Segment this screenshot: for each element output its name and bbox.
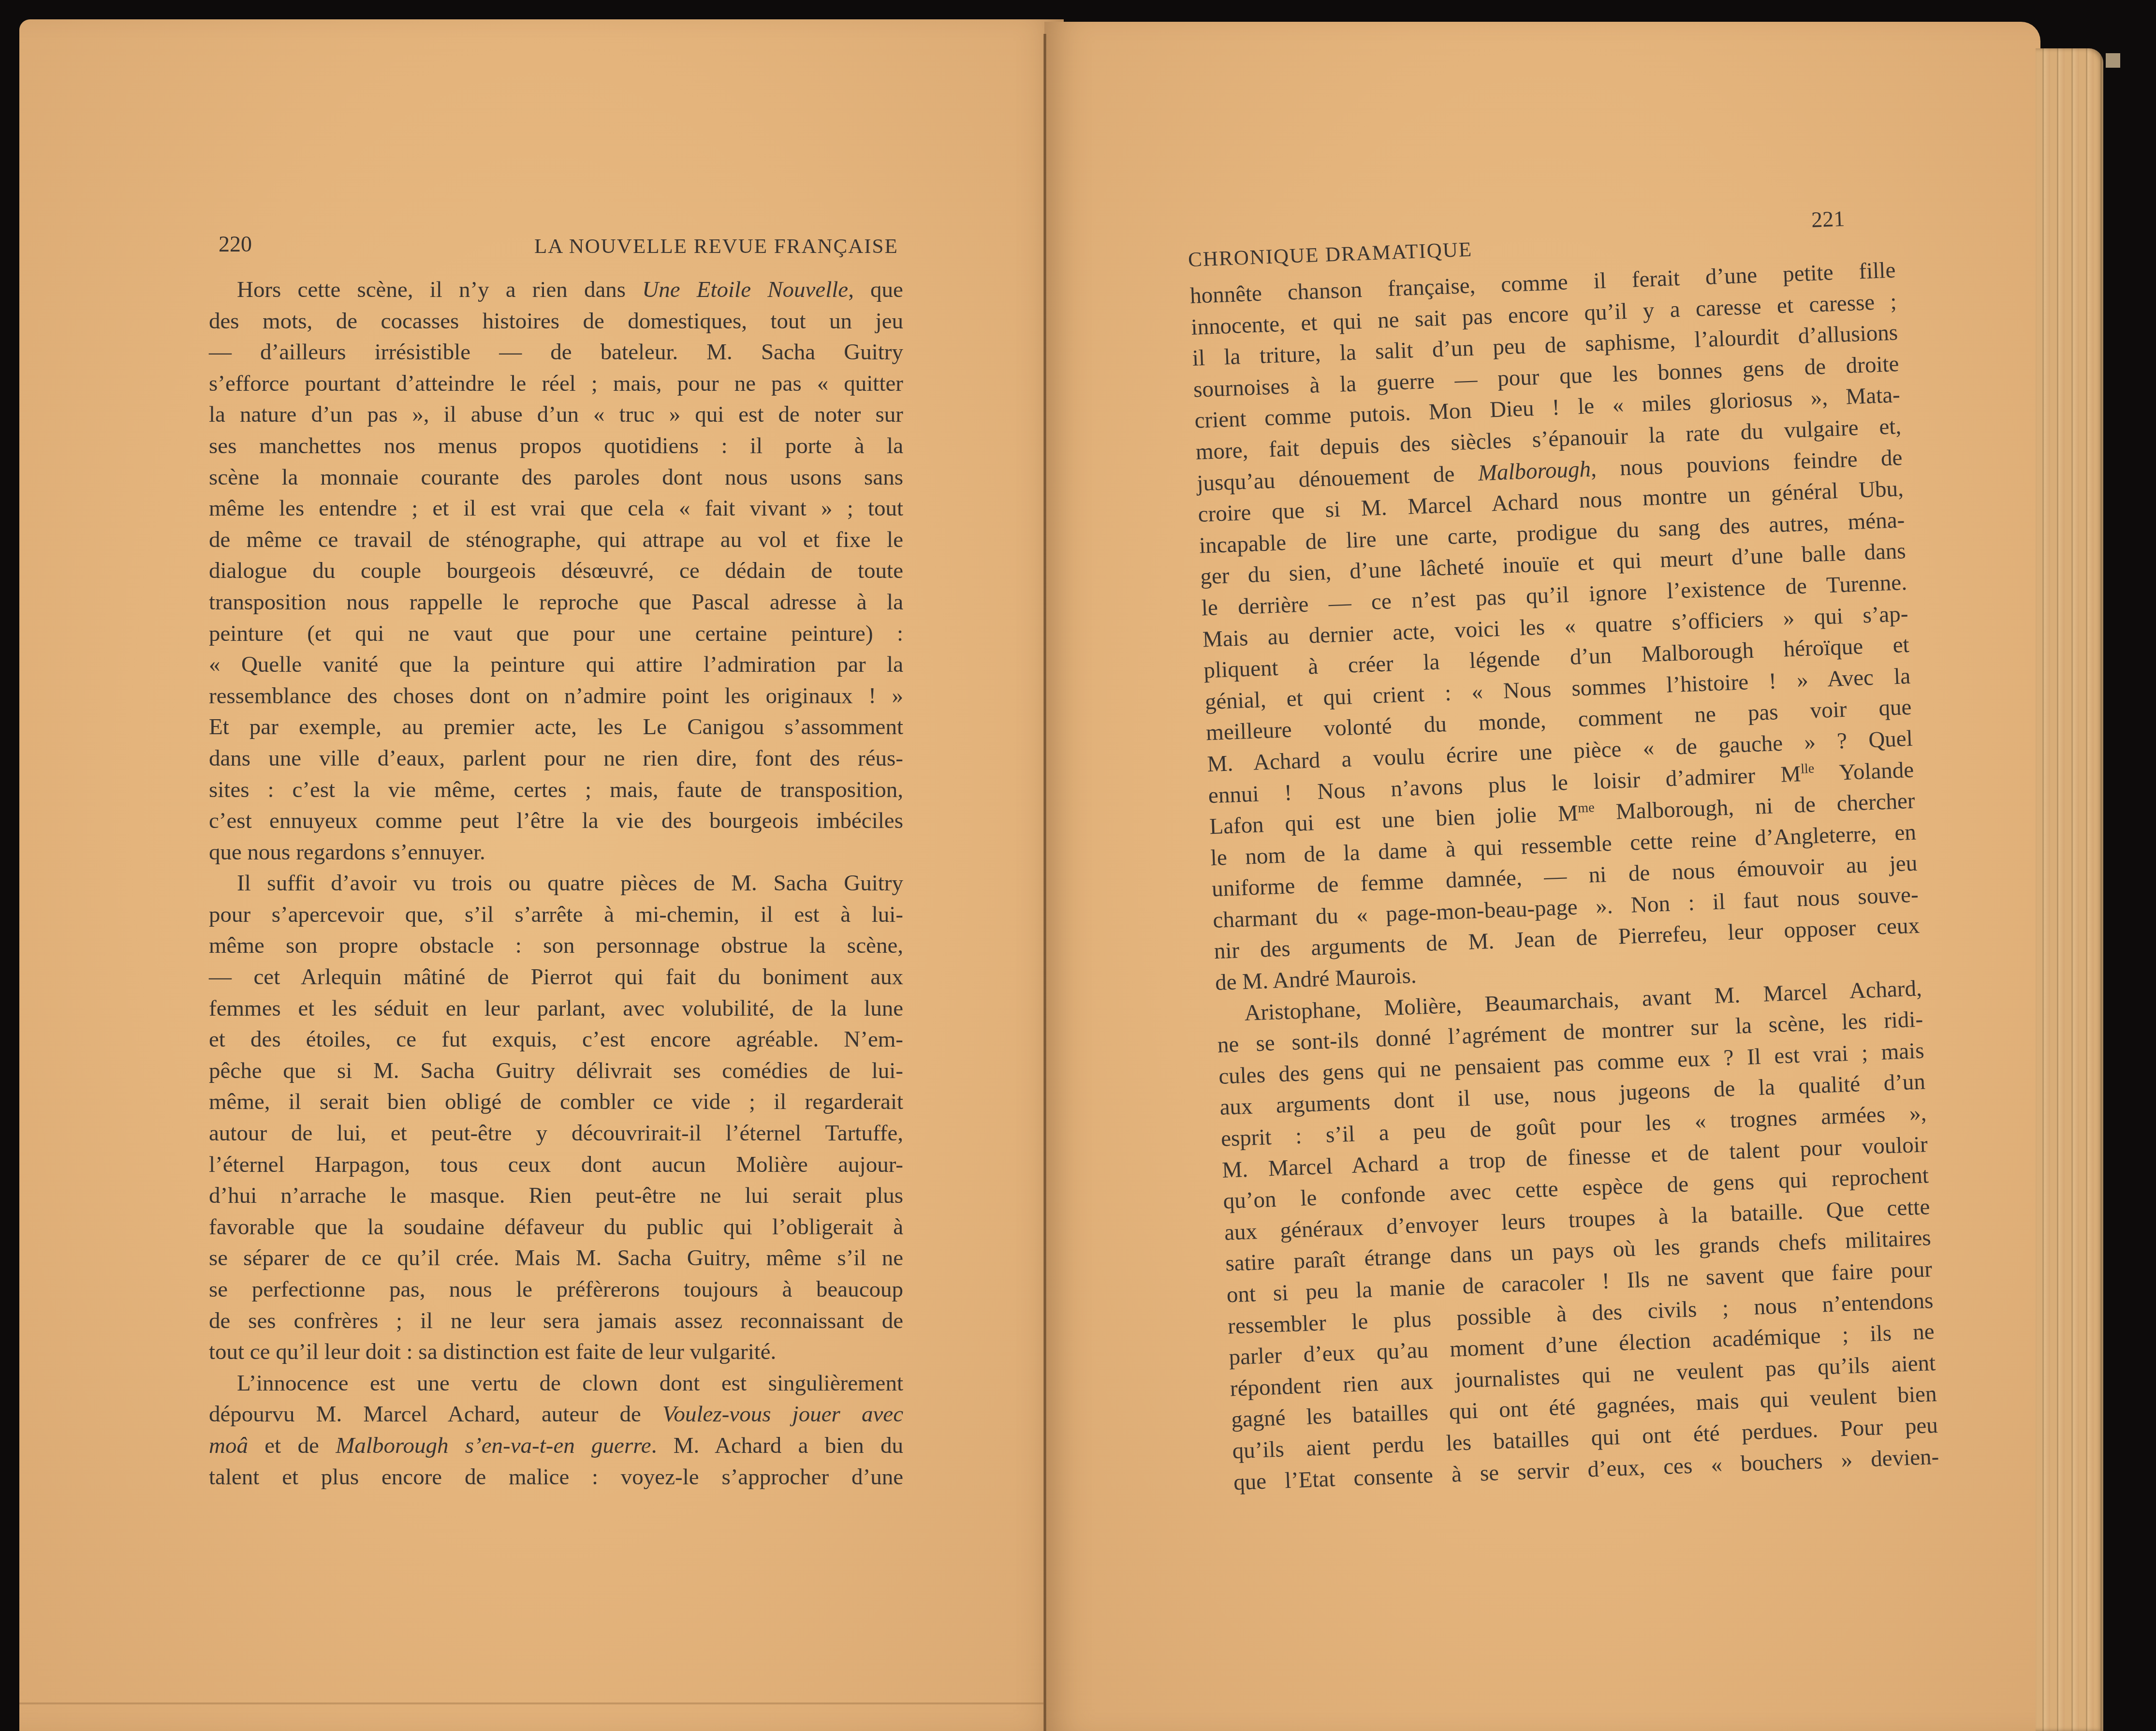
text-line: Il suffit d’avoir vu trois ou quatre piè… [209,868,903,899]
text-line: peinture (et qui ne vaut que pour une ce… [209,618,903,650]
text-line: pêche que si M. Sacha Guitry délivrait s… [209,1055,903,1087]
text-line: même les entendre ; et il est vrai que c… [209,493,903,524]
text-line: — cet Arlequin mâtiné de Pierrot qui fai… [209,962,903,993]
text-line: dialogue du couple bourgeois désœuvré, c… [209,555,903,587]
text-line: même son propre obstacle : son personnag… [209,930,903,962]
text-line: transposition nous rappelle le reproche … [209,587,903,618]
text-line: dépourvu M. Marcel Achard, auteur de Vou… [209,1399,903,1430]
text-line: de même ce travail de sténographe, qui a… [209,524,903,556]
page-number-right: 221 [1811,206,1845,232]
text-line: — d’ailleurs irrésistible — de bateleur.… [209,337,903,368]
right-page-text: honnête chanson française, comme il fera… [1189,255,1939,1498]
text-line: même, il serait bien obligé de combler c… [209,1086,903,1118]
text-line: d’hui n’arrache le masque. Rien peut-êtr… [209,1180,903,1212]
text-line: ressemblance des choses dont on n’admire… [209,681,903,712]
text-line: que nous regardons s’ennuyer. [209,837,903,868]
text-line: de ses confrères ; il ne leur sera jamai… [209,1305,903,1337]
text-line: se perfectionne pas, nous le préfèrerons… [209,1274,903,1305]
text-line: « Quelle vanité que la peinture qui atti… [209,649,903,681]
text-line: et des étoiles, ce fut exquis, c’est enc… [209,1024,903,1055]
text-line: moâ et de Malborough s’en-va-t-en guerre… [209,1430,903,1462]
left-page-text: Hors cette scène, il n’y a rien dans Une… [209,274,903,1493]
text-line: dans une ville d’eaux, parlent pour ne r… [209,743,903,774]
text-line: la nature d’un pas », il abuse d’un « tr… [209,399,903,430]
text-line: talent et plus encore de malice : voyez-… [209,1462,903,1493]
text-line: des mots, de cocasses histoires de domes… [209,306,903,337]
text-line: Hors cette scène, il n’y a rien dans Une… [209,274,903,306]
page-block-edges [2036,48,2103,1731]
running-head-left: LA NOUVELLE REVUE FRANÇAISE [534,235,898,258]
text-line: femmes et les séduit en leur parlant, av… [209,993,903,1024]
page-fold-line [19,1702,1044,1704]
text-line: sites : c’est la vie même, certes ; mais… [209,774,903,806]
book-gutter [1043,34,1046,1731]
text-line: favorable que la soudaine défaveur du pu… [209,1212,903,1243]
text-line: L’innocence est une vertu de clown dont … [209,1368,903,1399]
page-number-left: 220 [219,231,252,257]
text-line: Et par exemple, au premier acte, les Le … [209,711,903,743]
text-line: autour de lui, et peut-être y découvrira… [209,1118,903,1149]
text-line: tout ce qu’il leur doit : sa distinction… [209,1336,903,1368]
text-line: scène la monnaie courante des paroles do… [209,462,903,493]
text-line: pour s’apercevoir que, s’il s’arrête à m… [209,899,903,931]
text-line: s’efforce pourtant d’atteindre le réel ;… [209,368,903,399]
text-line: ses manchettes nos menus propos quotidie… [209,430,903,462]
text-line: se séparer de ce qu’il crée. Mais M. Sac… [209,1243,903,1274]
page-tab-marker [2106,53,2120,68]
text-line: c’est ennuyeux comme peut l’être la vie … [209,805,903,837]
text-line: l’éternel Harpagon, tous ceux dont aucun… [209,1149,903,1181]
